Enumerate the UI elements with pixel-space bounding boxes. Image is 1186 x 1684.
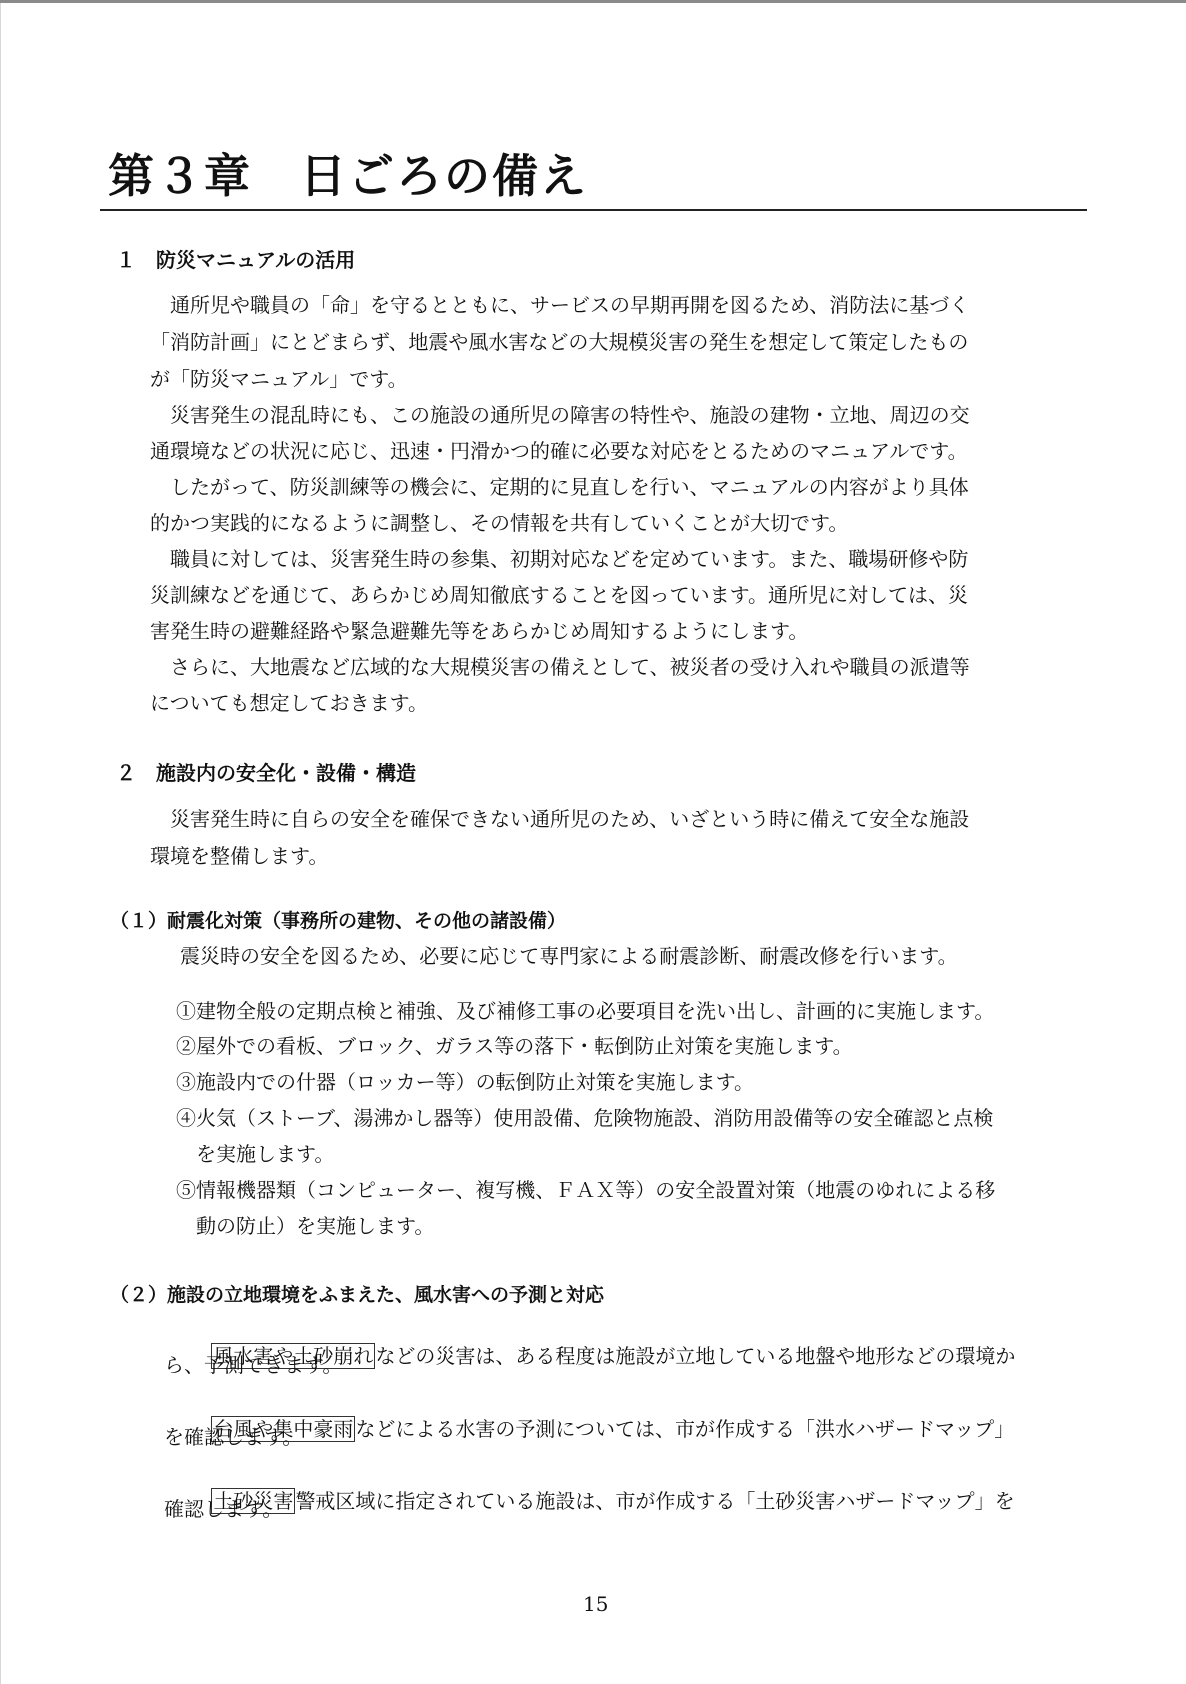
paragraph-line: を確認します。 bbox=[164, 1423, 302, 1451]
paragraph-text: などの災害は、ある程度は施設が立地している地盤や地形などの環境か bbox=[375, 1344, 1015, 1368]
subsection-intro: 震災時の安全を図るため、必要に応じて専門家による耐震診断、耐震改修を行います。 bbox=[180, 942, 958, 970]
list-item: ②屋外での看板、ブロック、ガラス等の落下・転倒防止対策を実施します。 bbox=[176, 1032, 853, 1060]
paragraph-line: が「防災マニュアル」です。 bbox=[150, 365, 408, 393]
paragraph-line: ら、予測できます。 bbox=[164, 1351, 342, 1379]
paragraph-line: 通所児や職員の「命」を守るとともに、サービスの早期再開を図るため、消防法に基づく bbox=[150, 291, 969, 319]
list-item: ③施設内での什器（ロッカー等）の転倒防止対策を実施します。 bbox=[176, 1068, 754, 1096]
chapter-title: 第３章 日ごろの備え bbox=[108, 140, 588, 206]
section-heading-1: １ 防災マニュアルの活用 bbox=[116, 244, 355, 273]
paragraph-line: 的かつ実践的になるように調整し、その情報を共有していくことが大切です。 bbox=[150, 509, 848, 537]
paragraph-line: さらに、大地震など広域的な大規模災害の備えとして、被災者の受け入れや職員の派遣等 bbox=[150, 653, 970, 681]
paragraph-line: 環境を整備します。 bbox=[150, 842, 328, 870]
paragraph-line: 土砂災害警戒区域に指定されている施設は、市が作成する「土砂災害ハザードマップ」を bbox=[186, 1459, 1015, 1543]
paragraph-line: 確認します。 bbox=[164, 1495, 282, 1523]
paragraph-line: 災害発生の混乱時にも、この施設の通所児の障害の特性や、施設の建物・立地、周辺の交 bbox=[150, 401, 970, 429]
paragraph-text: などによる水害の予測については、市が作成する「洪水ハザードマップ」 bbox=[355, 1417, 1014, 1441]
subsection-heading-2: （２）施設の立地環境をふまえた、風水害への予測と対応 bbox=[110, 1280, 604, 1307]
section-heading-2: ２ 施設内の安全化・設備・構造 bbox=[116, 757, 416, 786]
page-number: 15 bbox=[583, 1592, 608, 1616]
paragraph-text: 警戒区域に指定されている施設は、市が作成する「土砂災害ハザードマップ」を bbox=[295, 1489, 1014, 1513]
paragraph-line: 災害発生時に自らの安全を確保できない通所児のため、いざという時に備えて安全な施設 bbox=[150, 805, 969, 833]
page-left-edge bbox=[0, 3, 1, 1684]
subsection-heading-1: （１）耐震化対策（事務所の建物、その他の諸設備） bbox=[110, 906, 566, 933]
list-item-continuation: を実施します。 bbox=[176, 1140, 334, 1168]
paragraph-line: したがって、防災訓練等の機会に、定期的に見直しを行い、マニュアルの内容がより具体 bbox=[150, 473, 969, 501]
page-top-border bbox=[0, 0, 1186, 3]
paragraph-line: 通環境などの状況に応じ、迅速・円滑かつ的確に必要な対応をとるためのマニュアルです… bbox=[150, 437, 968, 465]
paragraph-line: 災訓練などを通じて、あらかじめ周知徹底することを図っています。通所児に対しては、… bbox=[150, 581, 968, 609]
list-item-continuation: 動の防止）を実施します。 bbox=[176, 1212, 434, 1240]
list-item: ④火気（ストーブ、湯沸かし器等）使用設備、危険物施設、消防用設備等の安全確認と点… bbox=[176, 1104, 993, 1132]
paragraph-line: 職員に対しては、災害発生時の参集、初期対応などを定めています。また、職場研修や防 bbox=[150, 545, 968, 573]
paragraph-line: についても想定しておきます。 bbox=[150, 689, 428, 717]
list-item: ⑤情報機器類（コンピューター、複写機、ＦＡＸ等）の安全設置対策（地震のゆれによる… bbox=[176, 1176, 995, 1204]
paragraph-line: 害発生時の避難経路や緊急避難先等をあらかじめ周知するようにします。 bbox=[150, 617, 808, 645]
paragraph-line: 「消防計画」にとどまらず、地震や風水害などの大規模災害の発生を想定して策定したも… bbox=[150, 328, 968, 356]
list-item: ①建物全般の定期点検と補強、及び補修工事の必要項目を洗い出し、計画的に実施します… bbox=[176, 997, 994, 1025]
title-underline bbox=[100, 209, 1087, 211]
